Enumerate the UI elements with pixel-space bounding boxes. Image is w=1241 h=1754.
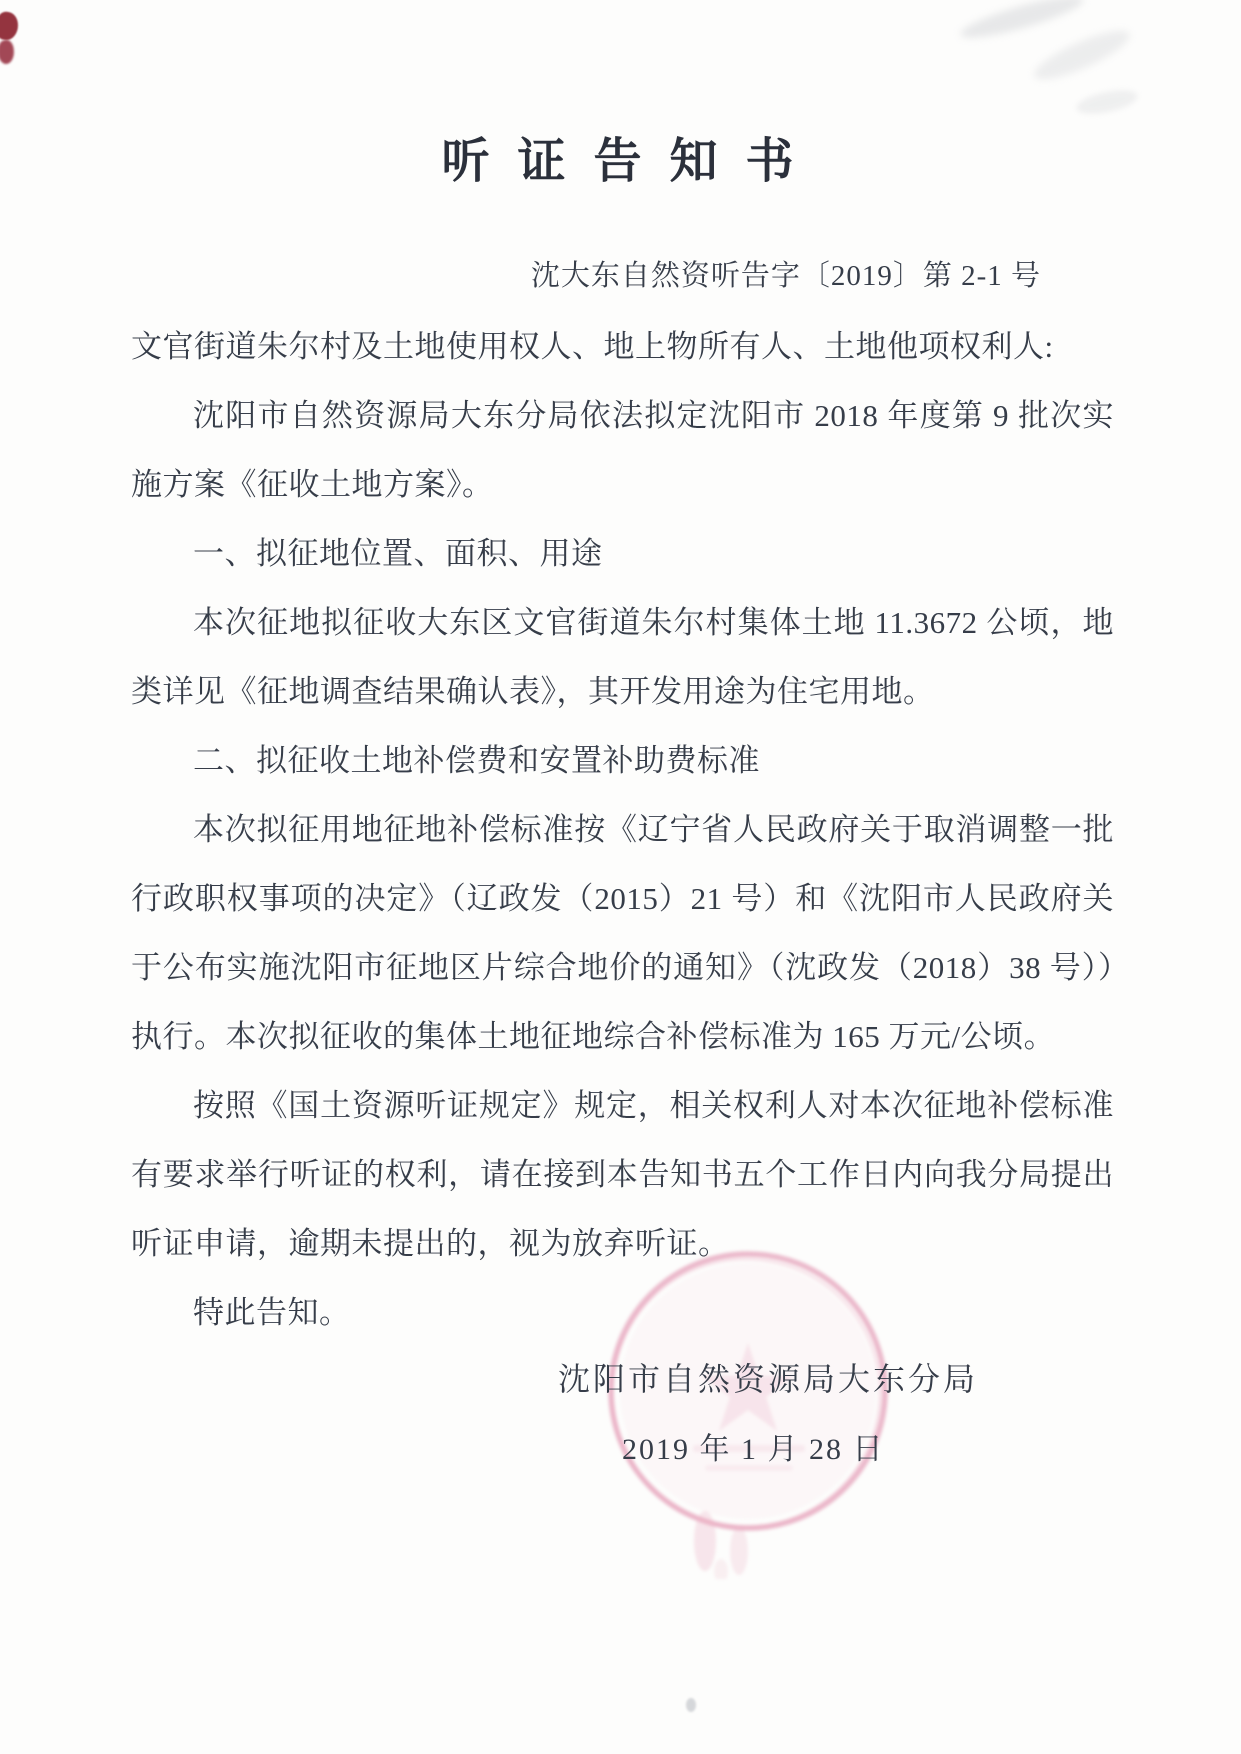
document-body: 文官街道朱尔村及土地使用权人、地上物所有人、土地他项权利人: 沈阳市自然资源局大… [131, 312, 1114, 1347]
paragraph: 本次征地拟征收大东区文官街道朱尔村集体土地 11.3672 公顷，地类详见《征地… [131, 588, 1114, 726]
scan-smudge [957, 0, 1086, 45]
paragraph: 本次拟征用地征地补偿标准按《辽宁省人民政府关于取消调整一批行政职权事项的决定》（… [131, 795, 1114, 1071]
red-corner-stain [0, 10, 20, 41]
scan-smudge [1029, 22, 1135, 88]
closing-line: 特此告知。 [131, 1278, 1114, 1347]
signature-date: 2019 年 1 月 28 日 [622, 1424, 885, 1468]
scan-smudge [1075, 86, 1140, 118]
document-number: 沈大东自然资听告字〔2019〕第 2-1 号 [531, 253, 1041, 294]
section-heading-1: 一、拟征地位置、面积、用途 [131, 519, 1114, 588]
red-corner-stain [0, 39, 15, 65]
scan-speck [686, 1698, 696, 1712]
scanned-document-page: 听 证 告 知 书 沈大东自然资听告字〔2019〕第 2-1 号 文官街道朱尔村… [0, 0, 1241, 1754]
addressee-line: 文官街道朱尔村及土地使用权人、地上物所有人、土地他项权利人: [131, 312, 1114, 381]
signature-agency: 沈阳市自然资源局大东分局 [558, 1354, 978, 1400]
document-title: 听 证 告 知 书 [0, 122, 1241, 191]
paragraph: 按照《国土资源听证规定》规定，相关权利人对本次征地补偿标准有要求举行听证的权利，… [131, 1071, 1114, 1278]
paragraph: 沈阳市自然资源局大东分局依法拟定沈阳市 2018 年度第 9 批次实施方案《征收… [131, 381, 1114, 519]
section-heading-2: 二、拟征收土地补偿费和安置补助费标准 [131, 726, 1114, 795]
